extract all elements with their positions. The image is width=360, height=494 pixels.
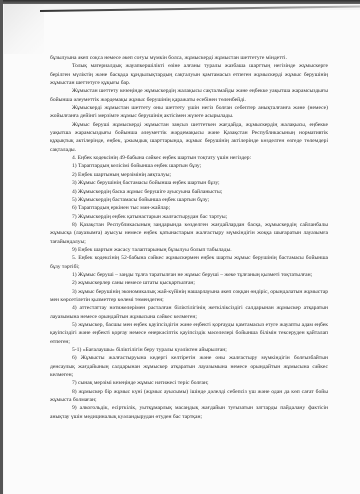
list-item: 9) алкогольдік, есірткілік, уытқұмарлық … bbox=[50, 404, 328, 421]
list-item: 1) Жұмыс берушi – заңды тұлға таратылған… bbox=[50, 271, 328, 279]
list-heading: 5. Еңбек кодексінің 52-бабына сәйкес жұм… bbox=[50, 254, 328, 271]
list-item: 5) Жұмыскердің бастамасы бойынша еңбек ш… bbox=[50, 196, 328, 204]
list-item: 8) жұмыскер бір жұмыс күні (жұмыс ауысым… bbox=[50, 388, 328, 405]
list-item: 6) Тараптардың еркінен тыс мән-жайлар; bbox=[50, 204, 328, 212]
list-heading: 4. Еңбек кодексінің 49-бабына сәйкес еңб… bbox=[50, 154, 328, 162]
paragraph: Жұмыскерді жұмыстан шеттету оны шеттету … bbox=[50, 104, 328, 121]
list-item: 4) аттестаттау нәтижелерімен расталған б… bbox=[50, 304, 328, 321]
list-item: 9) Еңбек шартын жасасу талаптарының бұзы… bbox=[50, 246, 328, 254]
paragraph: бұзылуына әкеп соқса немесе әкеп соғуы м… bbox=[50, 54, 328, 62]
list-item: 8) Қазақстан Республикасының заңдарында … bbox=[50, 221, 328, 246]
list-item: 3) жұмыс берушінің экономикалық жай-күйі… bbox=[50, 288, 328, 305]
list-item: 4) Жұмыскердің баска жұмыс берушіге ауыс… bbox=[50, 188, 328, 196]
document-body: бұзылуына әкеп соқса немесе әкеп соғуы м… bbox=[50, 54, 328, 421]
paragraph: Жұмыстан шеттету кезеңінде жұмыскердің ж… bbox=[50, 87, 328, 104]
paragraph: Толық материалдық жауапкершілікті өзіне … bbox=[50, 62, 328, 87]
list-item: 1) Тараптардың келісімі бойынша еңбек ша… bbox=[50, 162, 328, 170]
paragraph: Жұмыс берушi жұмыскерді жұмыстан заңсыз … bbox=[50, 121, 328, 154]
list-item: 6) Жұмысты жалғастыруына кедергі келтіре… bbox=[50, 354, 328, 379]
list-item: 5-1) «Бағалаушы» біліктілігін беру турал… bbox=[50, 346, 328, 354]
scanner-top-edge bbox=[0, 0, 360, 4]
list-item: 3) Жұмыс берушінің бастамасы бойынша еңб… bbox=[50, 179, 328, 187]
list-item: 2) Еңбек шартының мерзімінің аяқталуы; bbox=[50, 171, 328, 179]
page-curl bbox=[4, 4, 44, 54]
scanner-left-edge bbox=[0, 0, 3, 494]
list-item: 7) сынақ мерзімі кезеңінде жұмыс нәтижес… bbox=[50, 379, 328, 387]
list-item: 2) жұмыскерлер саны немесе штаты қысқарт… bbox=[50, 279, 328, 287]
list-item: 5) жұмыскер, басшы мен еңбек қауіпсіздіг… bbox=[50, 321, 328, 346]
list-item: 7) Жұмыскердің еңбек қатынастарын жалғас… bbox=[50, 213, 328, 221]
